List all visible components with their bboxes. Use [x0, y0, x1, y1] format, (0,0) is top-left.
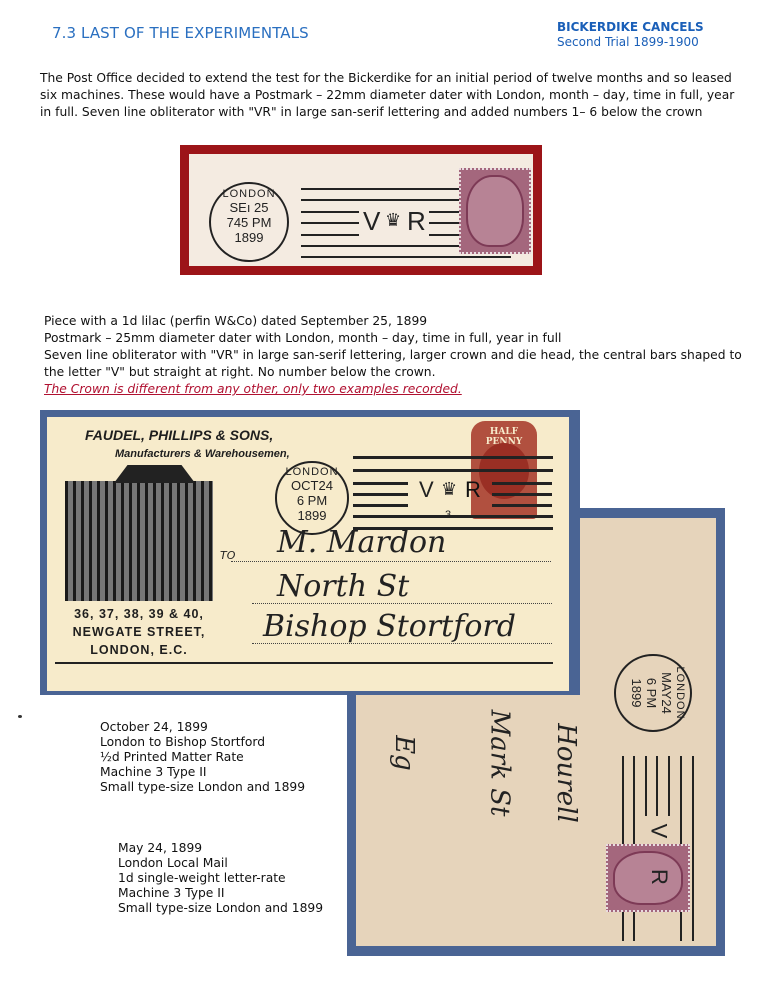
postmark-year: 1899: [211, 230, 287, 245]
letter-postmark: LONDON MAY24 6 PM 1899: [614, 654, 692, 732]
postmark-town: LONDON: [674, 656, 686, 730]
firm-name: FAUDEL, PHILLIPS & SONS,: [85, 427, 273, 443]
obliterator-letter-v: V: [419, 477, 434, 503]
handwritten-address: Eg: [389, 735, 419, 771]
handwritten-town: Bishop Stortford: [263, 609, 516, 644]
caption-line: ½d Printed Matter Rate: [100, 750, 305, 765]
speck: [18, 715, 22, 718]
postmark-date: MAY24: [659, 656, 674, 730]
firm-address: 36, 37, 38, 39 & 40, NEWGATE STREET, LON…: [47, 605, 231, 659]
postmark-year: 1899: [629, 656, 644, 730]
piece-exhibit: LONDON SEı 25 745 PM 1899 V ♛ R: [180, 145, 542, 275]
description-line: Seven line obliterator with "VR" in larg…: [44, 347, 744, 381]
caption-letter: May 24, 1899 London Local Mail 1d single…: [118, 841, 323, 916]
section-subtitle: Second Trial 1899-1900: [557, 35, 704, 50]
section-header: BICKERDIKE CANCELS Second Trial 1899-190…: [557, 20, 704, 50]
address-line-rule: [231, 561, 551, 562]
piece-paper: LONDON SEı 25 745 PM 1899 V ♛ R: [189, 154, 533, 266]
crown-icon: ♛: [441, 479, 457, 500]
postmark-town: LONDON: [211, 188, 287, 200]
obliterator-letter-v: V: [645, 824, 671, 839]
postmark-time: 745 PM: [211, 215, 287, 230]
caption-line: Small type-size London and 1899: [118, 901, 323, 916]
description-note: The Crown is different from any other, o…: [44, 381, 744, 398]
handwritten-addressee: M. Mardon: [277, 525, 446, 560]
address-line: LONDON, E.C.: [47, 641, 231, 659]
postcard: FAUDEL, PHILLIPS & SONS, Manufacturers &…: [47, 417, 569, 691]
postmark-time: 6 PM: [644, 656, 659, 730]
caption-postcard: October 24, 1899 London to Bishop Stortf…: [100, 720, 305, 795]
machine-number: 3: [445, 509, 451, 521]
firm-trade: Manufacturers & Warehousemen,: [115, 448, 290, 460]
description-line: Postmark – 25mm diameter dater with Lond…: [44, 330, 744, 347]
handwritten-street: North St: [277, 569, 409, 604]
postmark-year: 1899: [277, 508, 347, 523]
postmark-town: LONDON: [277, 466, 347, 478]
bottom-rule: [55, 662, 553, 664]
description-line: Piece with a 1d lilac (perfin W&Co) date…: [44, 313, 744, 330]
intro-paragraph: The Post Office decided to extend the te…: [40, 70, 740, 121]
address-line: 36, 37, 38, 39 & 40,: [47, 605, 231, 623]
piece-postmark: LONDON SEı 25 745 PM 1899: [209, 182, 289, 262]
obliterator-letter-r: R: [407, 206, 426, 237]
obliterator-letter-r: R: [646, 869, 672, 885]
section-title: BICKERDIKE CANCELS: [557, 20, 704, 35]
postmark-date: OCT24: [277, 478, 347, 493]
crown-icon: ♛: [385, 210, 401, 231]
building-illustration: [65, 481, 213, 601]
caption-line: Small type-size London and 1899: [100, 780, 305, 795]
caption-line: Machine 3 Type II: [118, 886, 323, 901]
obliterator-letter-r: R: [465, 477, 481, 503]
handwritten-address: Hourell: [551, 723, 581, 823]
caption-line: Machine 3 Type II: [100, 765, 305, 780]
handwritten-address: Mark St: [484, 710, 514, 817]
caption-line: 1d single-weight letter-rate: [118, 871, 323, 886]
postcard-postmark: LONDON OCT24 6 PM 1899: [275, 461, 349, 535]
caption-line: London to Bishop Stortford: [100, 735, 305, 750]
postmark-time: 6 PM: [277, 493, 347, 508]
obliterator-letter-v: V: [363, 206, 380, 237]
caption-line: May 24, 1899: [118, 841, 323, 856]
address-line: NEWGATE STREET,: [47, 623, 231, 641]
piece-description: Piece with a 1d lilac (perfin W&Co) date…: [44, 313, 744, 398]
postmark-date: SEı 25: [211, 200, 287, 215]
lilac-stamp: [459, 168, 531, 254]
caption-line: London Local Mail: [118, 856, 323, 871]
caption-line: October 24, 1899: [100, 720, 305, 735]
page-title: 7.3 LAST OF THE EXPERIMENTALS: [52, 24, 309, 42]
